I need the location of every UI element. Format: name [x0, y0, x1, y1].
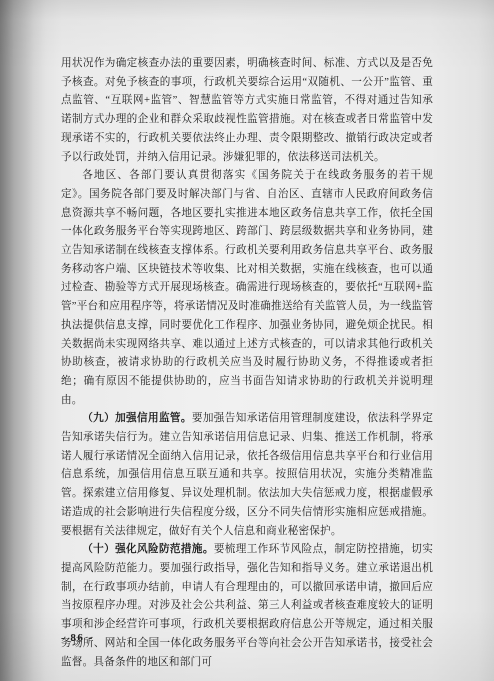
paragraph-text: 用状况作为确定核查办法的重要因素，明确核查时间、标准、方式以及是否免予核查。对免… — [61, 58, 433, 163]
paragraph-online-verification: 各地区、各部门要认真贯彻落实《国务院关于在线政务服务的若干规定》。国务院各部门要… — [61, 167, 433, 410]
paragraph-item-9-credit-supervision: （九）加强信用监管。要加强告知承诺信用管理制度建设，依法科学界定告知承诺失信行为… — [61, 410, 433, 541]
paragraph-item-10-risk-prevention: （十）强化风险防范措施。要梳理工作环节风险点，制定防控措施，切实提高风险防范能力… — [61, 541, 433, 672]
document-body: 用状况作为确定核查办法的重要因素，明确核查时间、标准、方式以及是否免予核查。对免… — [61, 55, 433, 672]
page-number: - 86 - — [61, 632, 94, 644]
paragraph-lead-item-10: （十）强化风险防范措施。 — [82, 544, 214, 555]
paragraph-text: 要梳理工作环节风险点，制定防控措施，切实提高风险防范能力。要加强行政指导，强化告… — [61, 544, 433, 667]
paragraph-text: 要加强告知承诺信用管理制度建设，依法科学界定告知承诺失信行为。建立告知承诺信用信… — [61, 413, 433, 536]
paragraph-lead-item-9: （九）加强信用监管。 — [82, 413, 192, 424]
scanned-document-page: 用状况作为确定核查办法的重要因素，明确核查时间、标准、方式以及是否免予核查。对免… — [0, 0, 494, 681]
book-spine-shadow — [0, 0, 46, 681]
paragraph-text: 各地区、各部门要认真贯彻落实《国务院关于在线政务服务的若干规定》。国务院各部门要… — [61, 170, 433, 405]
paragraph-continuation: 用状况作为确定核查办法的重要因素，明确核查时间、标准、方式以及是否免予核查。对免… — [61, 55, 433, 167]
